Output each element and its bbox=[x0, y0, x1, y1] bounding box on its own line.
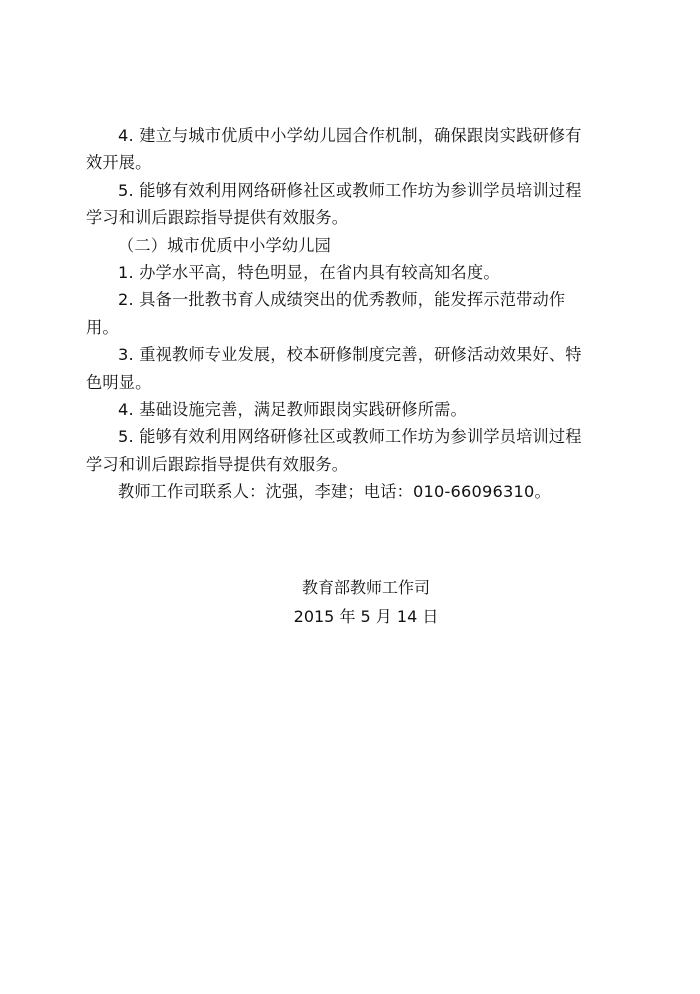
document-body: 4. 建立与城市优质中小学幼儿园合作机制，确保跟岗实践研修有效开展。 5. 能够… bbox=[86, 122, 596, 506]
paragraph-item-5-online-service: 5. 能够有效利用网络研修社区或教师工作坊为参训学员培训过程学习和训后跟踪指导提… bbox=[86, 177, 596, 232]
signature-org: 教育部教师工作司 bbox=[16, 575, 700, 598]
paragraph-item-5-online-service-2: 5. 能够有效利用网络研修社区或教师工作坊为参训学员培训过程学习和训后跟踪指导提… bbox=[86, 423, 596, 478]
signature-date: 2015 年 5 月 14 日 bbox=[16, 604, 700, 627]
contact-info: 教师工作司联系人：沈强，李建；电话：010-66096310。 bbox=[86, 478, 596, 505]
paragraph-item-4-facilities: 4. 基础设施完善，满足教师跟岗实践研修所需。 bbox=[86, 396, 596, 423]
section-heading-urban-schools: （二）城市优质中小学幼儿园 bbox=[86, 232, 596, 259]
paragraph-item-1-quality: 1. 办学水平高，特色明显，在省内具有较高知名度。 bbox=[86, 259, 596, 286]
paragraph-item-2-teachers: 2. 具备一批教书育人成绩突出的优秀教师，能发挥示范带动作用。 bbox=[86, 286, 596, 341]
paragraph-item-3-development: 3. 重视教师专业发展，校本研修制度完善，研修活动效果好、特色明显。 bbox=[86, 341, 596, 396]
paragraph-item-4-cooperation: 4. 建立与城市优质中小学幼儿园合作机制，确保跟岗实践研修有效开展。 bbox=[86, 122, 596, 177]
